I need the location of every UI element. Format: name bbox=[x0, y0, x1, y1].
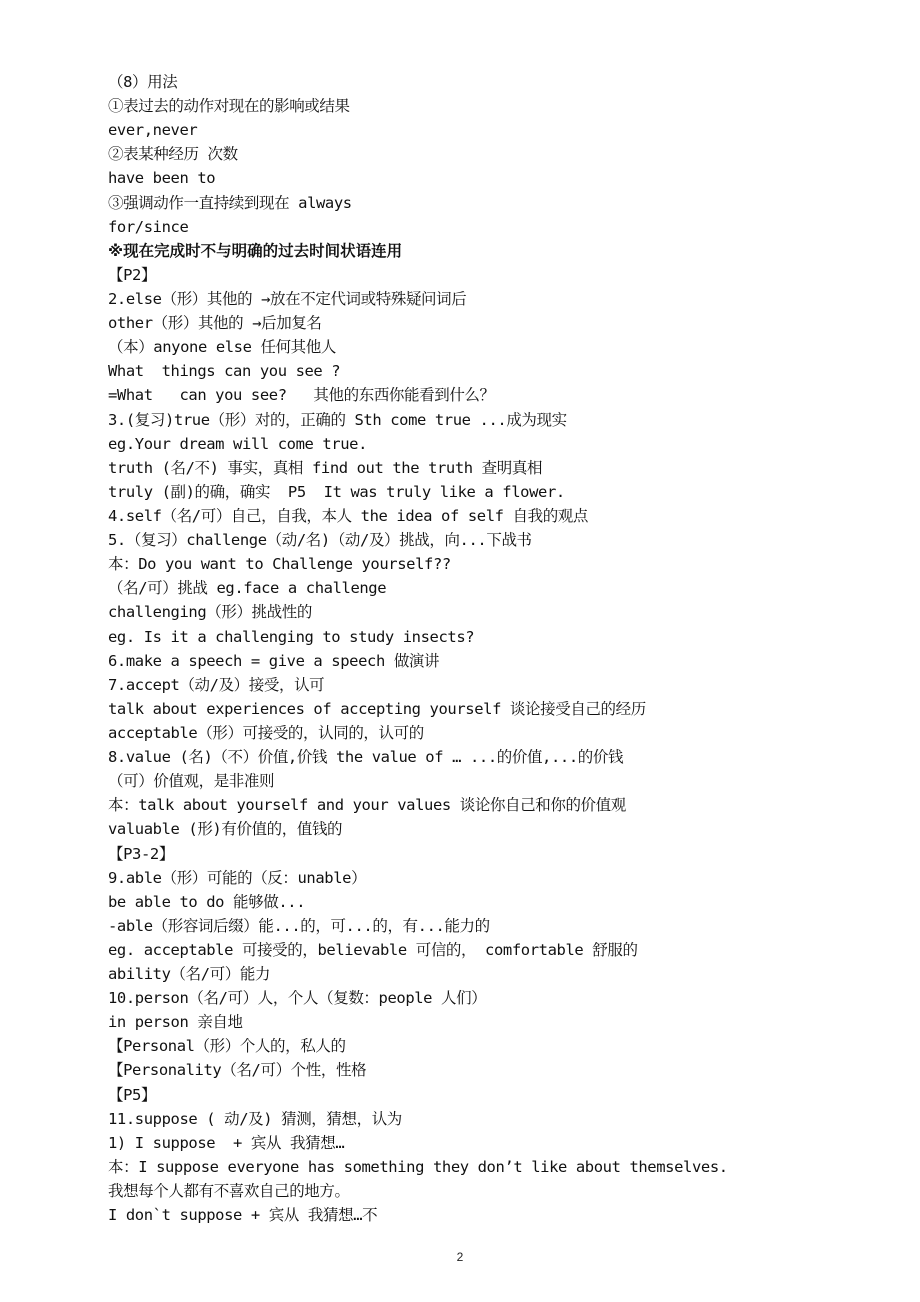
text-line: -able（形容词后缀）能...的，可...的，有...能力的 bbox=[108, 914, 868, 938]
text-line: valuable (形)有价值的，值钱的 bbox=[108, 817, 868, 841]
text-line: eg.Your dream will come true. bbox=[108, 432, 868, 456]
text-line: （可）价值观，是非准则 bbox=[108, 769, 868, 793]
emphasis-note-line: ※现在完成时不与明确的过去时间状语连用 bbox=[108, 239, 868, 263]
text-line: （本）anyone else 任何其他人 bbox=[108, 335, 868, 359]
text-line: have been to bbox=[108, 166, 868, 190]
text-line: 5.（复习）challenge（动/名)（动/及）挑战，向...下战书 bbox=[108, 528, 868, 552]
text-line: （8）用法 bbox=[108, 70, 868, 94]
text-line: challenging（形）挑战性的 bbox=[108, 600, 868, 624]
text-line: 【Personality（名/可）个性，性格 bbox=[108, 1058, 868, 1082]
text-line: acceptable（形）可接受的，认同的，认可的 bbox=[108, 721, 868, 745]
text-line: eg. acceptable 可接受的，believable 可信的， comf… bbox=[108, 938, 868, 962]
text-line: 10.person（名/可）人，个人（复数：people 人们） bbox=[108, 986, 868, 1010]
text-line: 11.suppose ( 动/及) 猜测，猜想，认为 bbox=[108, 1107, 868, 1131]
text-line: 本：Do you want to Challenge yourself?? bbox=[108, 552, 868, 576]
text-line: 3.(复习)true（形）对的，正确的 Sth come true ...成为现… bbox=[108, 408, 868, 432]
document-body: （8）用法①表过去的动作对现在的影响或结果ever,never②表某种经历 次数… bbox=[108, 70, 868, 1227]
page-number: 2 bbox=[0, 1250, 920, 1264]
text-line: I don`t suppose + 宾从 我猜想…不 bbox=[108, 1203, 868, 1227]
text-line: ①表过去的动作对现在的影响或结果 bbox=[108, 94, 868, 118]
document-page: （8）用法①表过去的动作对现在的影响或结果ever,never②表某种经历 次数… bbox=[0, 0, 920, 1302]
text-line: 本：I suppose everyone has something they … bbox=[108, 1155, 868, 1179]
text-line: 【P3-2】 bbox=[108, 842, 868, 866]
text-line: 7.accept（动/及）接受，认可 bbox=[108, 673, 868, 697]
text-line: other（形）其他的 →后加复名 bbox=[108, 311, 868, 335]
text-line: be able to do 能够做... bbox=[108, 890, 868, 914]
text-line: =What can you see? 其他的东西你能看到什么？ bbox=[108, 383, 868, 407]
text-line: in person 亲自地 bbox=[108, 1010, 868, 1034]
text-line: ability（名/可）能力 bbox=[108, 962, 868, 986]
text-line: 【P2】 bbox=[108, 263, 868, 287]
text-line: 1) I suppose + 宾从 我猜想… bbox=[108, 1131, 868, 1155]
text-line: talk about experiences of accepting your… bbox=[108, 697, 868, 721]
text-line: 【Personal（形）个人的，私人的 bbox=[108, 1034, 868, 1058]
text-line: ③强调动作一直持续到现在 always bbox=[108, 191, 868, 215]
text-line: truth (名/不) 事实，真相 find out the truth 查明真… bbox=[108, 456, 868, 480]
text-line: 2.else（形）其他的 →放在不定代词或特殊疑问词后 bbox=[108, 287, 868, 311]
text-line: 9.able（形）可能的（反：unable） bbox=[108, 866, 868, 890]
text-line: What things can you see ? bbox=[108, 359, 868, 383]
text-line: truly (副)的确，确实 P5 It was truly like a fl… bbox=[108, 480, 868, 504]
text-line: 我想每个人都有不喜欢自己的地方。 bbox=[108, 1179, 868, 1203]
text-line: for/since bbox=[108, 215, 868, 239]
text-line: ②表某种经历 次数 bbox=[108, 142, 868, 166]
text-line: （名/可）挑战 eg.face a challenge bbox=[108, 576, 868, 600]
text-line: 8.value (名)（不）价值,价钱 the value of … ...的价… bbox=[108, 745, 868, 769]
text-line: ever,never bbox=[108, 118, 868, 142]
text-line: eg. Is it a challenging to study insects… bbox=[108, 625, 868, 649]
text-line: 4.self（名/可）自己，自我，本人 the idea of self 自我的… bbox=[108, 504, 868, 528]
text-line: 本：talk about yourself and your values 谈论… bbox=[108, 793, 868, 817]
text-line: 6.make a speech = give a speech 做演讲 bbox=[108, 649, 868, 673]
text-line: 【P5】 bbox=[108, 1083, 868, 1107]
